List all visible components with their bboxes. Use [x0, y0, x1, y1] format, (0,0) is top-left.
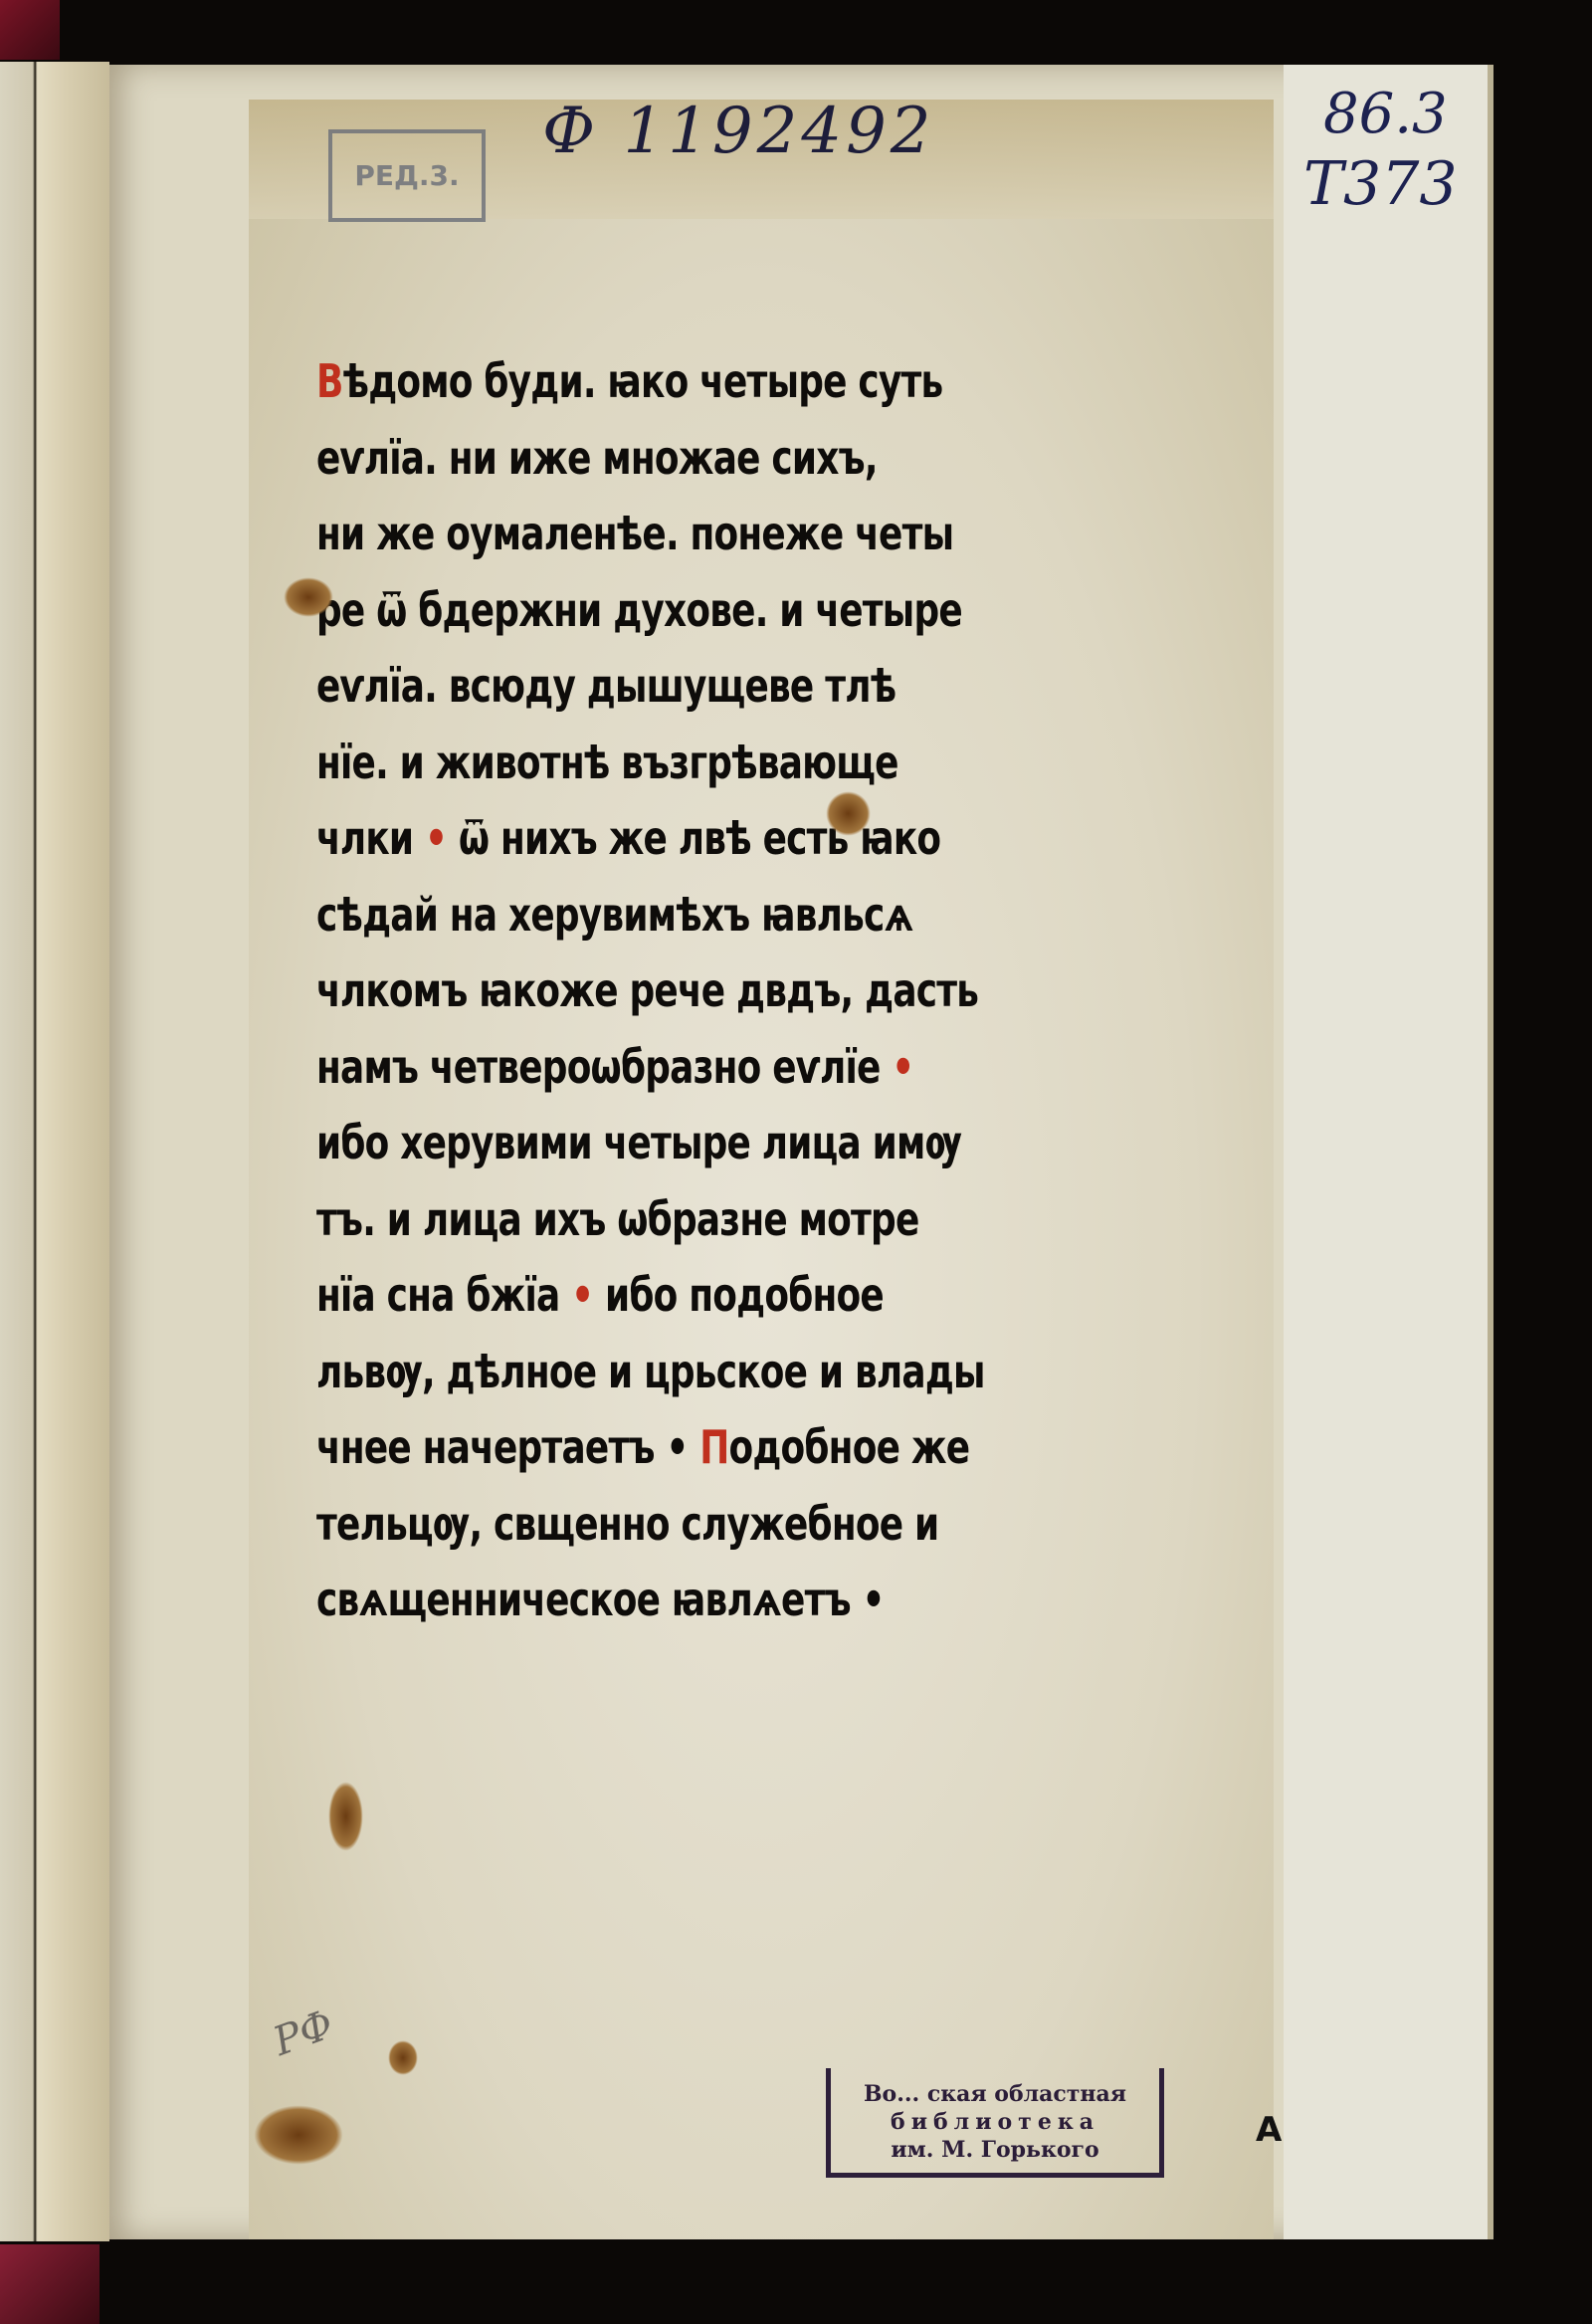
stain [254, 2105, 343, 2165]
rubric-initial: П [699, 1420, 728, 1474]
rubric-point: • [892, 1040, 913, 1094]
bookmark-ribbon-top [0, 0, 60, 60]
stain [284, 577, 333, 617]
stain [328, 1782, 363, 1851]
text-line: свѧщенническое ꙗвлѧетъ • [316, 1562, 984, 1638]
text-line: ре ѿ бдержни духове. и четыре [316, 572, 984, 649]
manuscript-text: Вѣдомо буди. ꙗко четыре суть еѵлїа. ни и… [316, 343, 1172, 1638]
text-line: львѹ, дѣлное и црьское и влады [316, 1334, 984, 1410]
stain [388, 2040, 418, 2075]
rubric-point: • [425, 811, 447, 865]
call-number-line2: Т373 [1303, 149, 1458, 219]
call-number: 86.3 Т373 [1303, 80, 1458, 219]
text-line: тельцѹ, свщенно служебное и [316, 1486, 984, 1563]
call-number-line1: 86.3 [1303, 80, 1458, 149]
stain [826, 791, 871, 836]
text-line: тъ. и лица ихъ ѡбразне мотре [316, 1181, 984, 1258]
text-line: нїа сна бжїа • ибо подобное [316, 1257, 984, 1334]
shelfmark: Ф 1192492 [542, 95, 935, 168]
bookmark-ribbon-bottom [0, 2244, 99, 2324]
text-line: сѣдай на херувимѣхъ ꙗвльсѧ [316, 877, 984, 953]
left-page-edges [0, 62, 109, 2241]
text-line: Вѣдомо буди. ꙗко четыре суть [316, 343, 984, 420]
library-stamp-line1: Во... ская областная [831, 2080, 1159, 2108]
library-stamp-line2: библиотека [831, 2108, 1159, 2136]
text-line: чнее начертаетъ • Подобное же [316, 1409, 984, 1486]
text-line: еѵлїа. всюду дышущеве тлѣ [316, 648, 984, 725]
text-line: члки • ѿ нихъ же лвѣ есть ꙗко [316, 800, 984, 877]
text-line: нїе. и животнѣ възгрѣвающе [316, 725, 984, 801]
text-line: намъ четвероѡбразно еѵлїе • [316, 1029, 984, 1106]
text-line: члкомъ ꙗкоже рече двдъ, дасть [316, 952, 984, 1029]
text-line: ибо херувими четыре лица имѹ [316, 1105, 984, 1181]
rubric-initial: В [316, 354, 343, 408]
catchword: А [1256, 2110, 1282, 2150]
library-stamp-line3: им. М. Горького [831, 2136, 1159, 2164]
library-stamp: Во... ская областная библиотека им. М. Г… [826, 2068, 1164, 2178]
rubric-point: • [571, 1268, 593, 1322]
guard-strip [1284, 65, 1493, 2239]
small-stamp: РЕД.3. [328, 129, 486, 222]
text-line: еѵлїа. ни иже множае сихъ, [316, 420, 984, 497]
text-line: ни же оумаленѣе. понеже четы [316, 496, 984, 572]
